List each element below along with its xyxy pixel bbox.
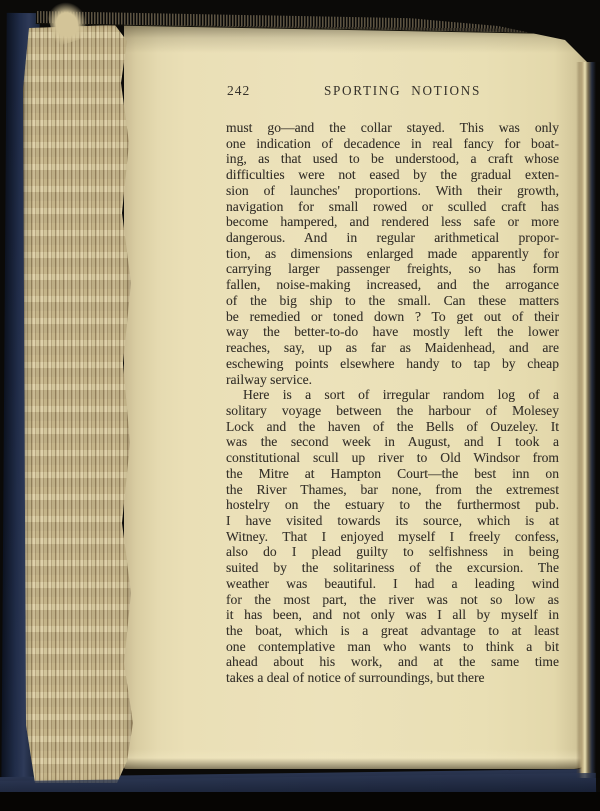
background-bottom — [0, 792, 600, 811]
text-line: hostelry on the estuary to the furthermo… — [226, 497, 559, 513]
page-number: 242 — [227, 83, 250, 99]
text-line: eschewing points elsewhere handy to tap … — [226, 356, 559, 372]
text-line: dangerous. And in regular arithmetical p… — [226, 230, 559, 246]
paragraph-1: must go—and the collar stayed. This was … — [226, 120, 559, 387]
text-line: was the second week in August, and I too… — [226, 434, 559, 450]
text-line: way the better-to-do have mostly left th… — [226, 324, 559, 340]
book-photograph: 242 SPORTING NOTIONS must go—and the col… — [0, 0, 600, 811]
text-line: constitutional scull up river to Old Win… — [226, 450, 559, 466]
page-text-block: 242 SPORTING NOTIONS must go—and the col… — [226, 83, 559, 686]
text-line: Witney. That I enjoyed myself I freely c… — [226, 529, 559, 545]
text-line: the Mitre at Hampton Court—the best inn … — [226, 466, 559, 482]
book-page: 242 SPORTING NOTIONS must go—and the col… — [124, 23, 590, 769]
text-line: must go—and the collar stayed. This was … — [226, 120, 559, 136]
text-line: for the most part, the river was not so … — [226, 592, 559, 608]
text-line: navigation for small rowed or sculled cr… — [226, 199, 559, 215]
fore-edge-page-stack — [23, 25, 136, 783]
text-line: also do I plead guilty to selfishness in… — [226, 544, 559, 560]
text-line: carrying larger passenger freights, so h… — [226, 261, 559, 277]
text-line: Lock and the haven of the Bells of Ouzel… — [226, 419, 559, 435]
running-title: SPORTING NOTIONS — [324, 83, 481, 99]
text-line: ing, as that used to be understood, a cr… — [226, 151, 559, 167]
text-line: railway service. — [226, 372, 559, 388]
page-right-edges — [576, 62, 600, 778]
text-line: takes a deal of notice of surroundings, … — [226, 670, 559, 686]
text-line: become hampered, and rendered less safe … — [226, 214, 559, 230]
text-line: Here is a sort of irregular random log o… — [226, 387, 559, 403]
text-line: difficulties were not eased by the gradu… — [226, 167, 559, 183]
text-line: I have visited towards its source, which… — [226, 513, 559, 529]
text-line: sion of launches' proportions. With thei… — [226, 183, 559, 199]
text-line: be remedied or toned down ? To get out o… — [226, 309, 559, 325]
text-line: reaches, say, up as far as Maidenhead, a… — [226, 340, 559, 356]
text-line: the River Thames, bar none, from the ext… — [226, 482, 559, 498]
text-line: ahead about his work, and at the same ti… — [226, 654, 559, 670]
text-line: it has been, and not only was I all by m… — [226, 607, 559, 623]
text-line: suited by the solitariness of the excurs… — [226, 560, 559, 576]
text-line: solitary voyage between the harbour of M… — [226, 403, 559, 419]
text-line: tion, as dimensions enlarged made appare… — [226, 246, 559, 262]
text-line: fallen, noise-making increased, and the … — [226, 277, 559, 293]
page-header: 242 SPORTING NOTIONS — [226, 83, 559, 99]
text-line: one contemplative man who wants to think… — [226, 639, 559, 655]
body-text: must go—and the collar stayed. This was … — [226, 120, 559, 686]
text-line: the boat, which is a great advantage to … — [226, 623, 559, 639]
paragraph-2: Here is a sort of irregular random log o… — [226, 387, 559, 686]
text-line: of the big ship to the small. Can these … — [226, 293, 559, 309]
text-line: weather was beautiful. I had a leading w… — [226, 576, 559, 592]
text-line: one indication of decadence in real fanc… — [226, 136, 559, 152]
